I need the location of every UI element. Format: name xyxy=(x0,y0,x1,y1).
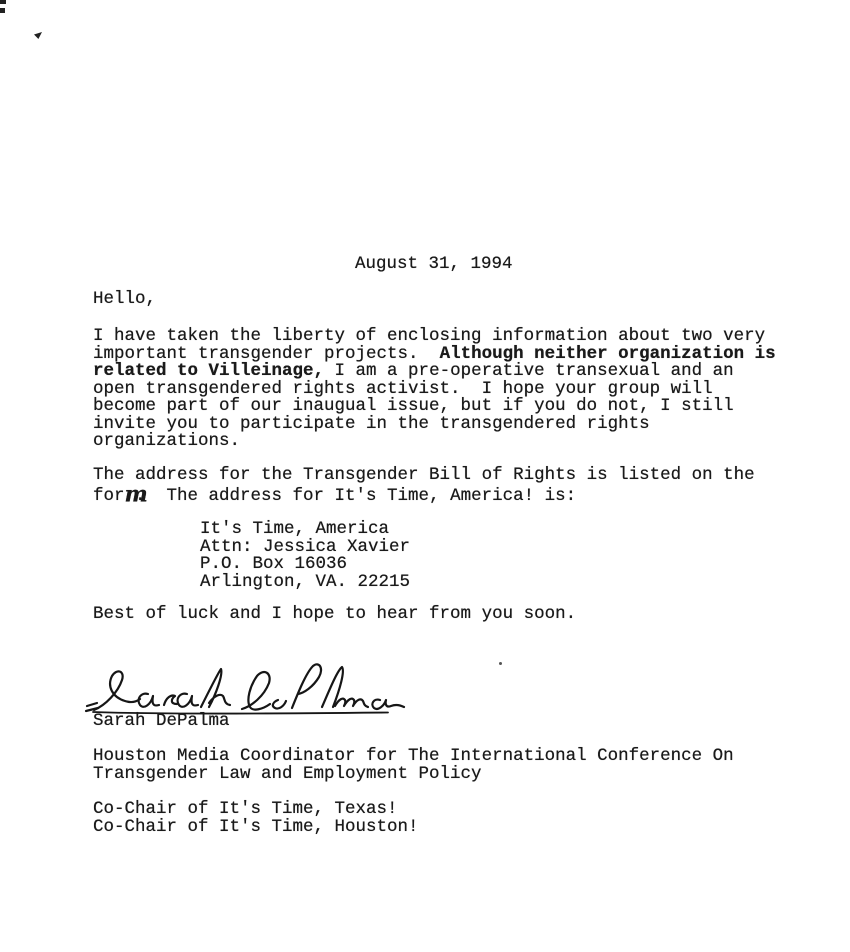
address-block: It's Time, America Attn: Jessica Xavier … xyxy=(200,521,410,591)
paragraph2-text-cont: . The address for It's Time, America! is… xyxy=(135,486,576,506)
scan-artifact xyxy=(499,662,502,665)
scan-artifact xyxy=(34,32,42,39)
salutation: Hello, xyxy=(93,291,156,309)
scan-artifact xyxy=(0,8,5,13)
scan-artifact xyxy=(0,0,6,4)
scanned-letter-page: August 31, 1994 Hello, I have taken the … xyxy=(0,0,850,952)
letter-date: August 31, 1994 xyxy=(355,256,513,274)
typed-signature-name: Sarah DePalma xyxy=(93,713,230,731)
body-paragraph-2: The address for the Transgender Bill of … xyxy=(93,467,755,505)
closing-line: Best of luck and I hope to hear from you… xyxy=(93,606,576,624)
sender-title: Houston Media Coordinator for The Intern… xyxy=(93,748,734,783)
cochair-lines: Co-Chair of It's Time, Texas! Co-Chair o… xyxy=(93,801,419,836)
body-paragraph-1: I have taken the liberty of enclosing in… xyxy=(93,328,776,451)
handwritten-m-correction: m xyxy=(125,486,136,504)
